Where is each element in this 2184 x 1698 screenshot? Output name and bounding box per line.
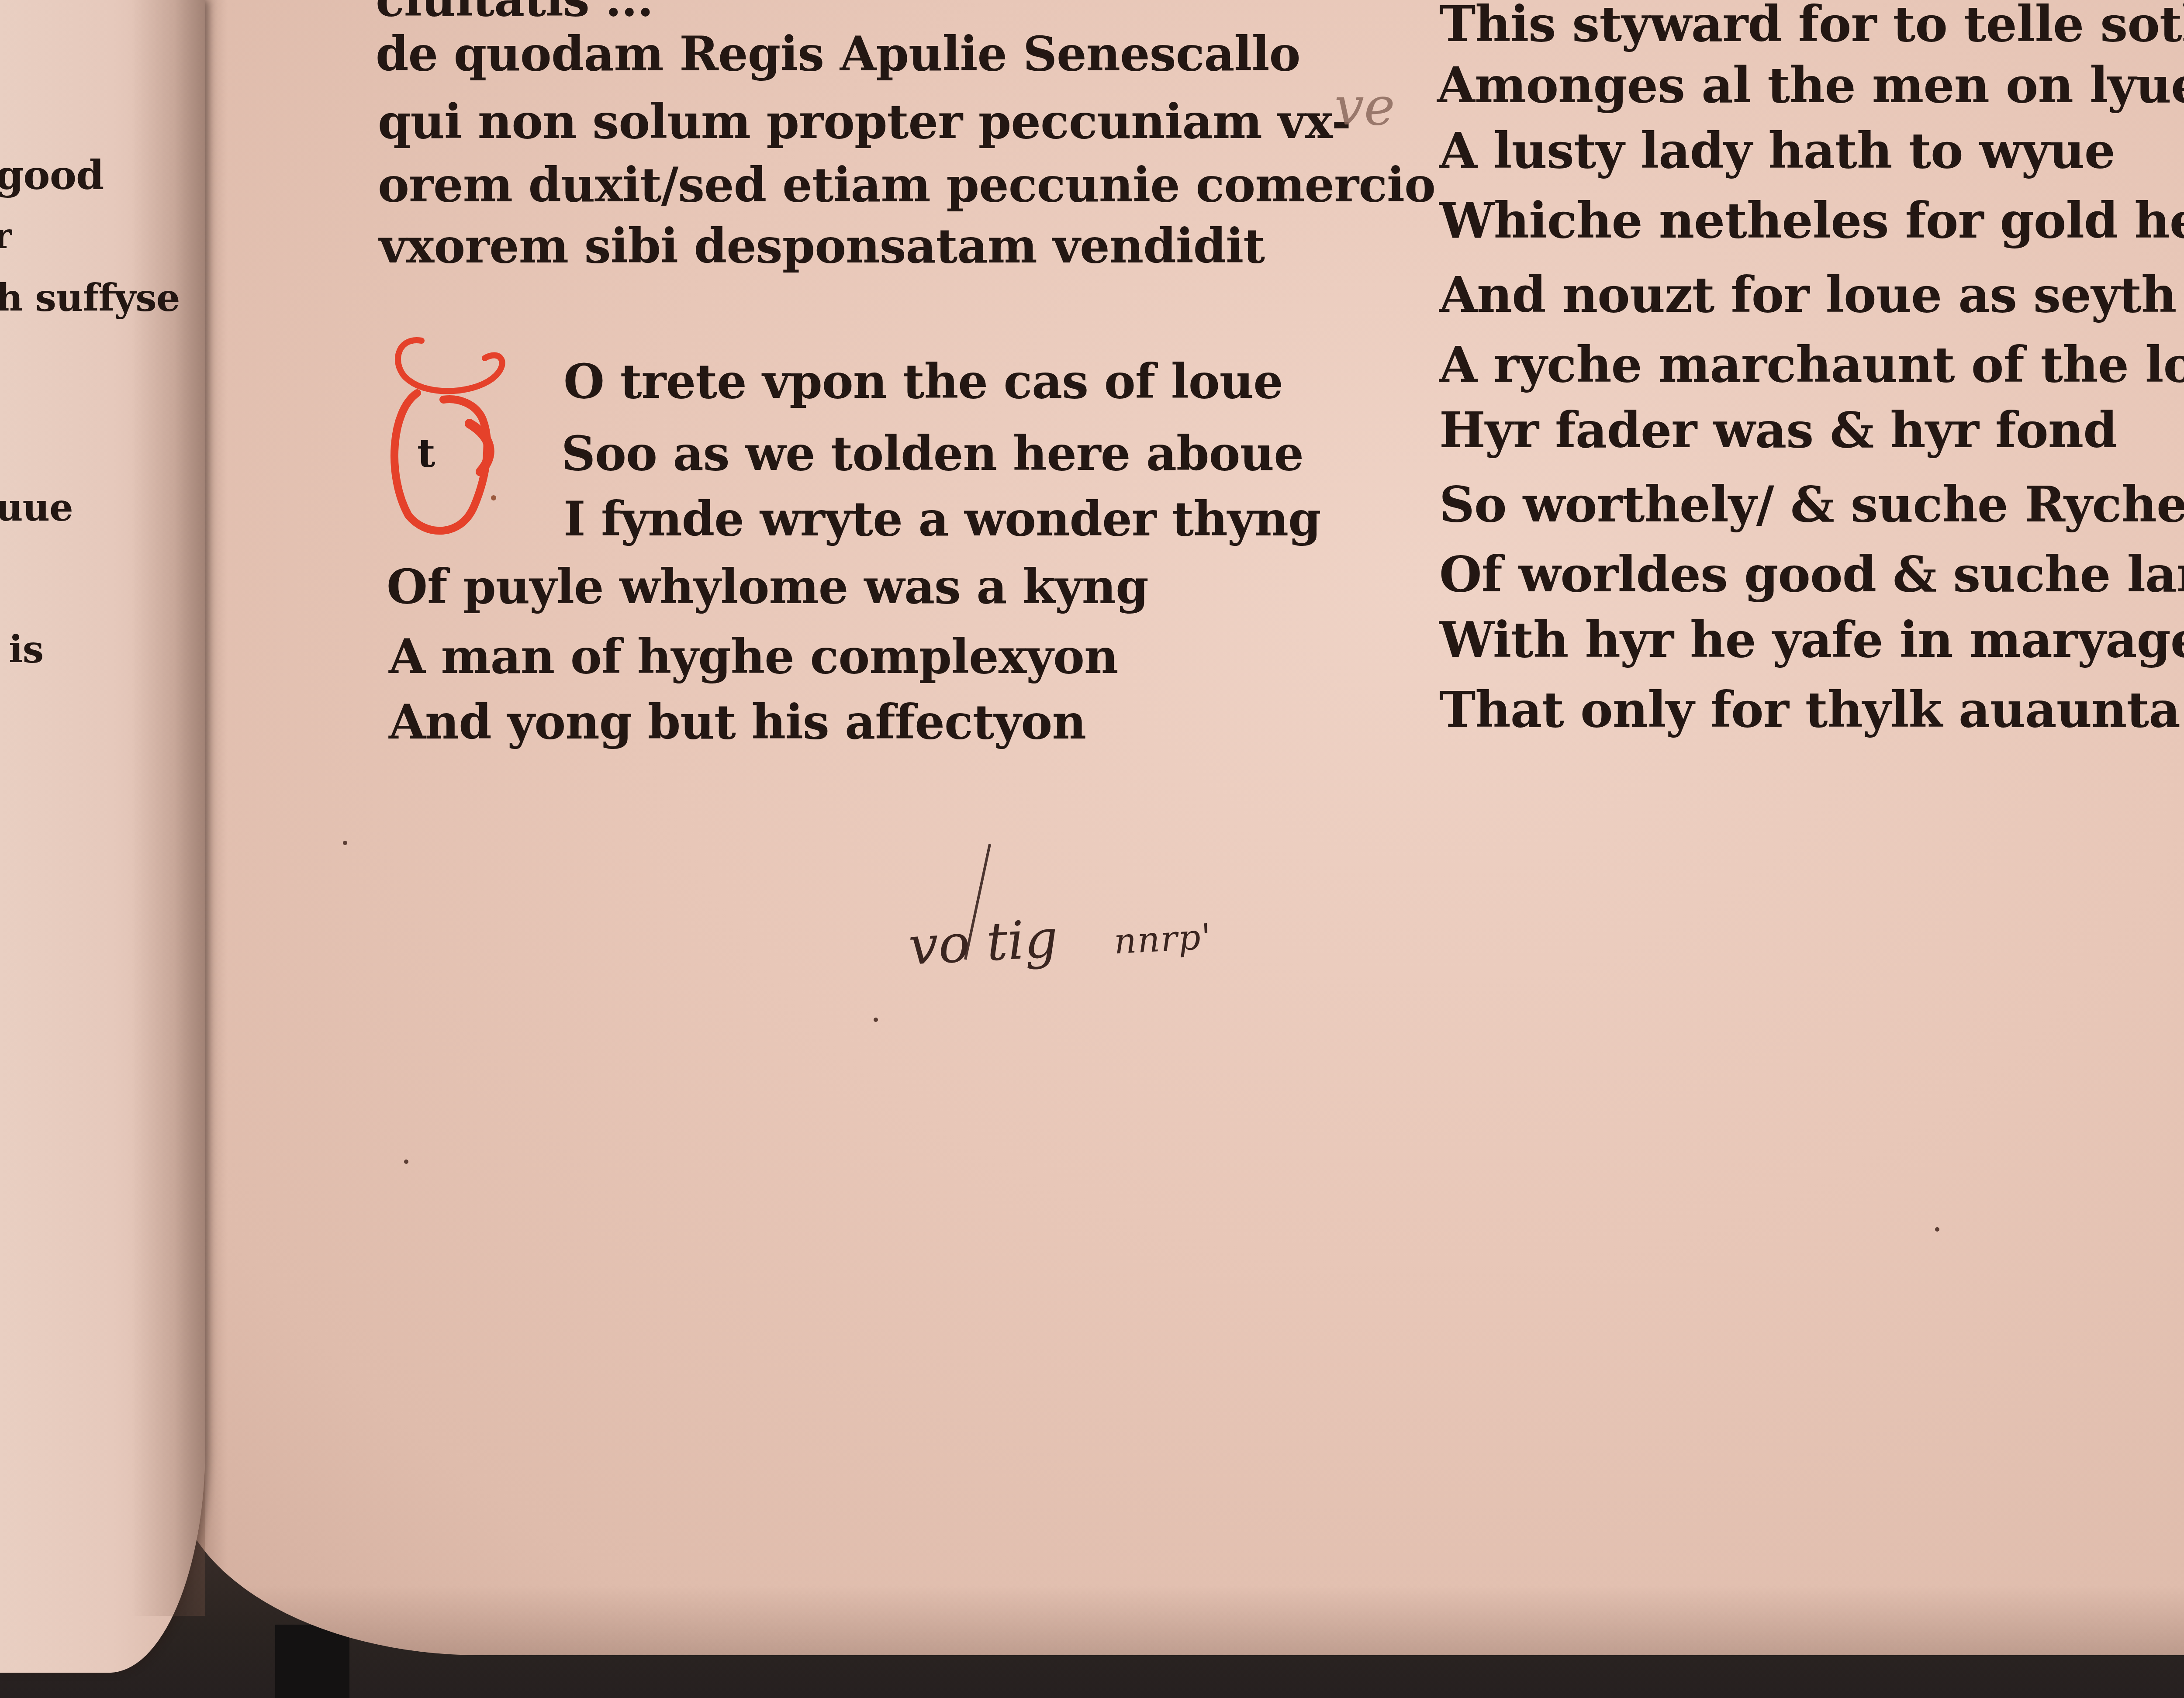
page-bottom-shadow xyxy=(175,1585,2184,1655)
paper-speck xyxy=(874,1018,878,1022)
left-leaf-fragment: good xyxy=(0,155,104,195)
initial-guide-letter: t xyxy=(417,430,435,476)
verse-line: Of puyle whylome was a kyng xyxy=(387,563,1148,611)
left-leaf-shading xyxy=(131,0,205,1616)
left-leaf-fragment: h suffyse xyxy=(0,280,180,317)
handwritten-note-main: vo tig xyxy=(907,908,1059,977)
verse-line: I fynde wryte a wonder thyng xyxy=(563,496,1321,543)
verse-line: O trete vpon the cas of loue xyxy=(563,358,1283,405)
latin-gloss-line: de quodam Regis Apulie Senescallo xyxy=(376,31,1300,78)
paper-speck xyxy=(343,841,347,845)
marginal-annotation: ve xyxy=(1334,76,1395,137)
left-leaf-fragment: uue xyxy=(0,489,73,527)
latin-gloss-line: vxorem sibi desponsatam vendidit xyxy=(379,223,1265,270)
verse-line: Amonges al the men on lyue xyxy=(1437,61,2184,110)
verse-line: This styward for to telle soth xyxy=(1439,0,2184,49)
left-leaf-fragment: is xyxy=(9,631,43,669)
latin-gloss-line: orem duxit/sed etiam peccunie comercio xyxy=(378,162,1435,209)
verse-line: Hyr fader was & hyr fond xyxy=(1439,406,2117,455)
handwritten-note-secondary: nnrp' xyxy=(1113,916,1213,962)
verse-line: A ryche marchaunt of the lon xyxy=(1439,341,2184,390)
verse-line: Whiche netheles for gold he a xyxy=(1439,197,2184,245)
latin-gloss-line: ciuitatis ... xyxy=(376,0,653,23)
left-page-leaf: good r h suffyse uue is xyxy=(0,0,205,1673)
verse-line: With hyr he yafe in maryage xyxy=(1439,616,2184,665)
latin-gloss-line: qui non solum propter peccuniam vx- xyxy=(378,98,1351,145)
verse-line: Soo as we tolden here aboue xyxy=(561,430,1303,477)
verse-line: That only for thylk auaunta xyxy=(1439,686,2180,735)
paper-speck xyxy=(404,1160,408,1164)
verse-line: A man of hyghe complexyon xyxy=(389,633,1118,680)
verse-line: Of worldes good & suche larg xyxy=(1439,550,2184,599)
paper-speck xyxy=(1935,1227,1939,1232)
verse-line: And nouzt for loue as seyth xyxy=(1439,271,2177,320)
left-leaf-fragment: r xyxy=(0,218,11,253)
rubricated-initial-t-icon xyxy=(382,332,513,542)
verse-line: And yong but his affectyon xyxy=(389,699,1086,746)
verse-line: So worthely/ & suche Rychess xyxy=(1439,480,2184,529)
verse-line: A lusty lady hath to wyue xyxy=(1439,127,2115,176)
